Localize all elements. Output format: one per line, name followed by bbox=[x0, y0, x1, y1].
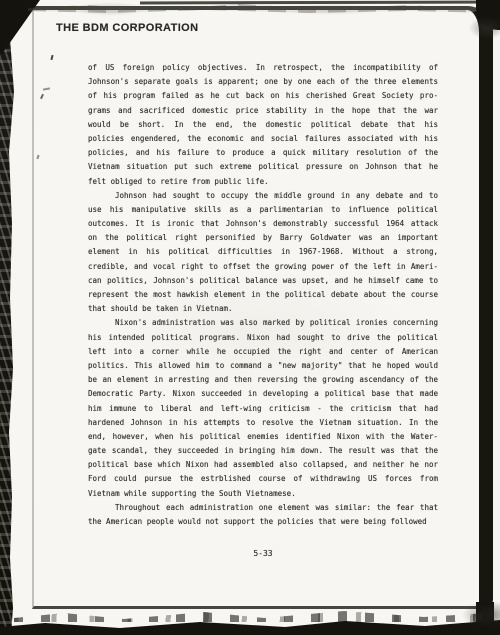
document-body: of US foreign policy objectives. In retr… bbox=[88, 61, 438, 529]
text-line: Throughout each administration one eleme… bbox=[88, 501, 438, 515]
text-line: gate scandal, they succeeded in bringing… bbox=[88, 444, 438, 458]
paragraph-common-element: Throughout each administration one eleme… bbox=[88, 501, 438, 529]
text-line: Johnson's separate goals is apparent; on… bbox=[88, 75, 438, 89]
text-line: policies engendered, the economic and so… bbox=[88, 132, 438, 146]
text-line: hardened Johnson in his attempts to reso… bbox=[88, 416, 438, 430]
text-line: his intended political programs. Nixon h… bbox=[88, 331, 438, 345]
text-line: be an element in arresting and then reve… bbox=[88, 373, 438, 387]
text-line: Nixon's administration was also marked b… bbox=[88, 316, 438, 330]
text-line: that should be taken in Vietnam. bbox=[88, 302, 438, 316]
paragraph-nixon-administration: Nixon's administration was also marked b… bbox=[88, 316, 438, 500]
paragraph-policy-objectives: of US foreign policy objectives. In retr… bbox=[88, 61, 438, 189]
text-line: Democratic Party. Nixon succeeded in dev… bbox=[88, 387, 438, 401]
text-line: Vietnam while supporting the South Vietn… bbox=[88, 487, 438, 501]
company-letterhead: THE BDM CORPORATION bbox=[56, 22, 198, 34]
text-line: policies, and his failure to produce a q… bbox=[88, 146, 438, 160]
scanned-document-page: THE BDM CORPORATION of US foreign policy… bbox=[0, 0, 500, 635]
text-line: element in his political difficulties in… bbox=[88, 245, 438, 259]
text-line: grams and sacrificed domestic price stab… bbox=[88, 104, 438, 118]
text-line: on the political right personified by Ba… bbox=[88, 231, 438, 245]
text-line: left into a corner while he occupied the… bbox=[88, 345, 438, 359]
text-line: of his program failed as he cut back on … bbox=[88, 89, 438, 103]
text-line: would be short. In the end, the domestic… bbox=[88, 118, 438, 132]
text-line: him immune to liberal and left-wing crit… bbox=[88, 402, 438, 416]
text-line: outcomes. It is ironic that Johnson's de… bbox=[88, 217, 438, 231]
text-line: politics. This allowed him to command a … bbox=[88, 359, 438, 373]
text-line: represent the most hawkish element in th… bbox=[88, 288, 438, 302]
text-line: can politics, Johnson's political balanc… bbox=[88, 274, 438, 288]
text-line: Johnson had sought to occupy the middle … bbox=[88, 189, 438, 203]
scan-bottom-speckle bbox=[14, 609, 488, 622]
text-line: end, however, when his political enemies… bbox=[88, 430, 438, 444]
page-number: 5-33 bbox=[88, 549, 438, 558]
text-line: use his manipulative skills as a parlime… bbox=[88, 203, 438, 217]
scan-edge-top bbox=[140, 1, 500, 5]
text-line: political base which Nixon had assembled… bbox=[88, 458, 438, 472]
text-line: Ford could pursue the estrblished course… bbox=[88, 472, 438, 486]
text-line: Vietnam situation put such extreme polit… bbox=[88, 160, 438, 174]
paragraph-johnson-middle-ground: Johnson had sought to occupy the middle … bbox=[88, 189, 438, 317]
text-line: credible, and vocal right to offset the … bbox=[88, 260, 438, 274]
text-line: of US foreign policy objectives. In retr… bbox=[88, 61, 438, 75]
scan-edge-left bbox=[0, 0, 15, 635]
scan-edge-bottom bbox=[0, 620, 500, 635]
text-line: felt obliged to retire from public life. bbox=[88, 175, 438, 189]
text-line: the American people would not support th… bbox=[88, 515, 438, 529]
